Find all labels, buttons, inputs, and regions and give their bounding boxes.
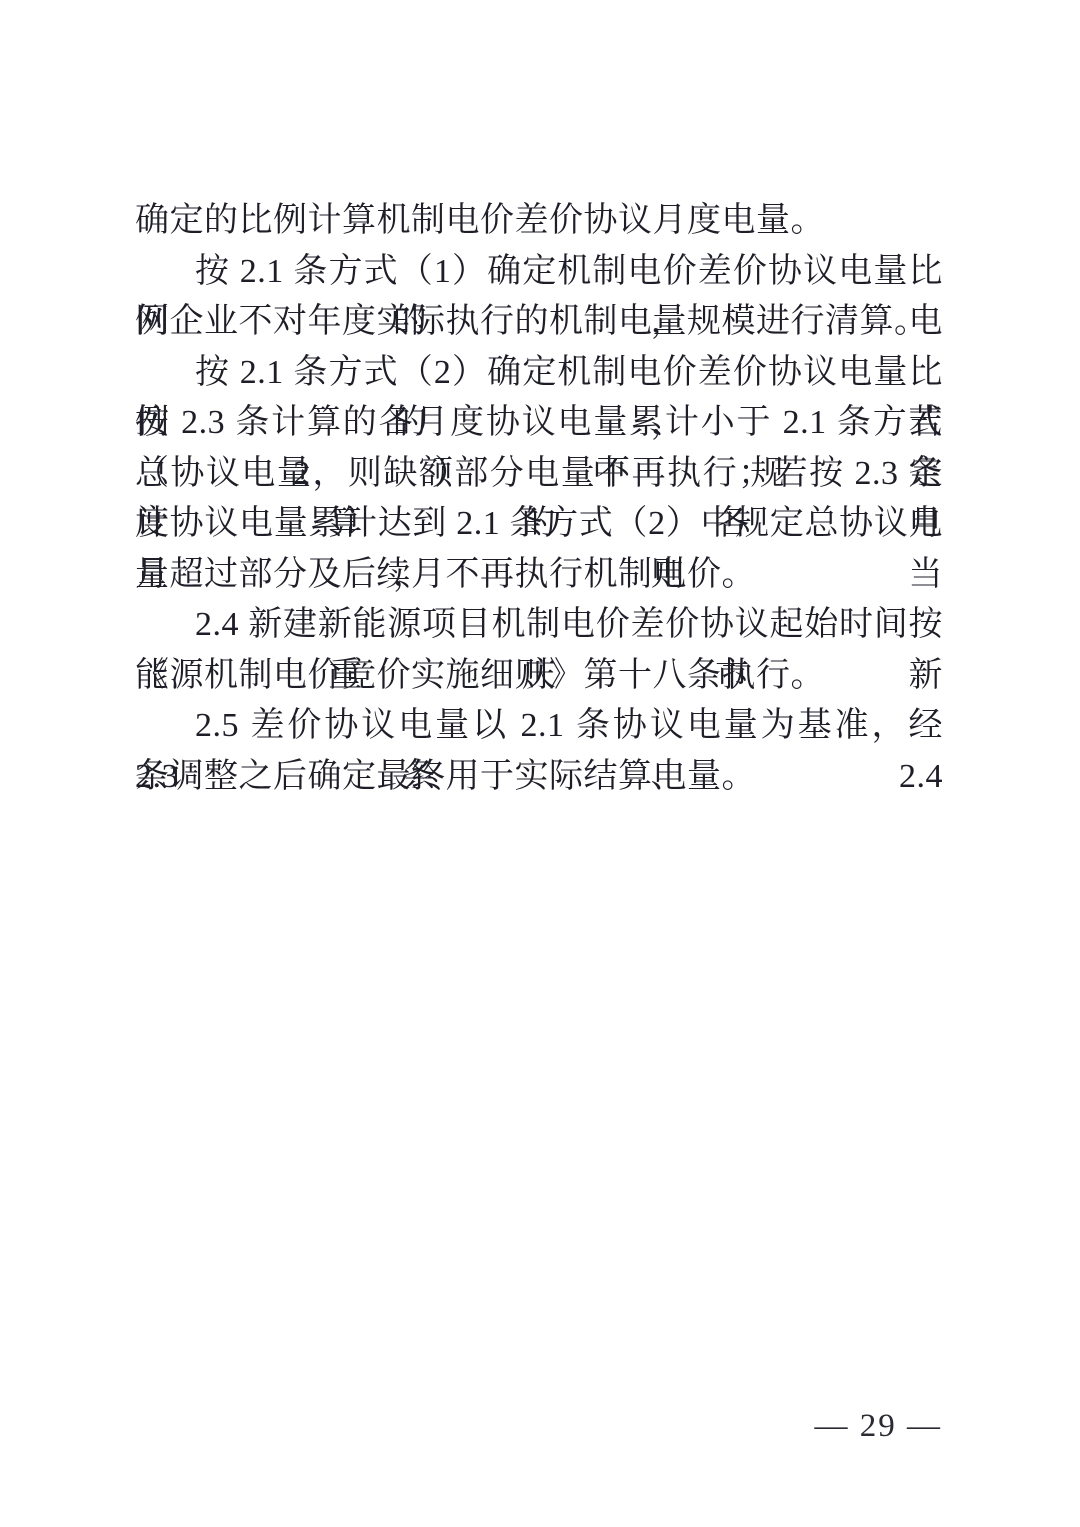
text-line: 按 2.1 条方式（2）确定机制电价差价协议电量比例的，若	[135, 348, 943, 399]
text-line: 能源机制电价竞价实施细则》第十八条执行。	[135, 651, 943, 702]
text-line: 2.5 差价协议电量以 2.1 条协议电量为基准，经 2.3 条、2.4	[135, 701, 943, 752]
text-line: 总协议电量，则缺额部分电量不再执行；若按 2.3 条计算的各月	[135, 449, 943, 500]
text-line: 度协议电量累计达到 2.1 条方式（2）中规定总协议电量，则当	[135, 499, 943, 550]
page-number: — 29 —	[815, 1408, 943, 1444]
page-footer: — 29 —	[815, 1408, 943, 1445]
text-line: 确定的比例计算机制电价差价协议月度电量。	[135, 196, 943, 247]
document-page: 确定的比例计算机制电价差价协议月度电量。按 2.1 条方式（1）确定机制电价差价…	[0, 0, 1080, 1527]
text-line: 按 2.1 条方式（1）确定机制电价差价协议电量比例的，电	[135, 247, 943, 298]
text-line: 按 2.3 条计算的各月度协议电量累计小于 2.1 条方式（2）中规定	[135, 398, 943, 449]
text-line: 2.4 新建新能源项目机制电价差价协议起始时间按《重庆市新	[135, 600, 943, 651]
document-body: 确定的比例计算机制电价差价协议月度电量。按 2.1 条方式（1）确定机制电价差价…	[135, 196, 943, 802]
text-line: 网企业不对年度实际执行的机制电量规模进行清算。	[135, 297, 943, 348]
